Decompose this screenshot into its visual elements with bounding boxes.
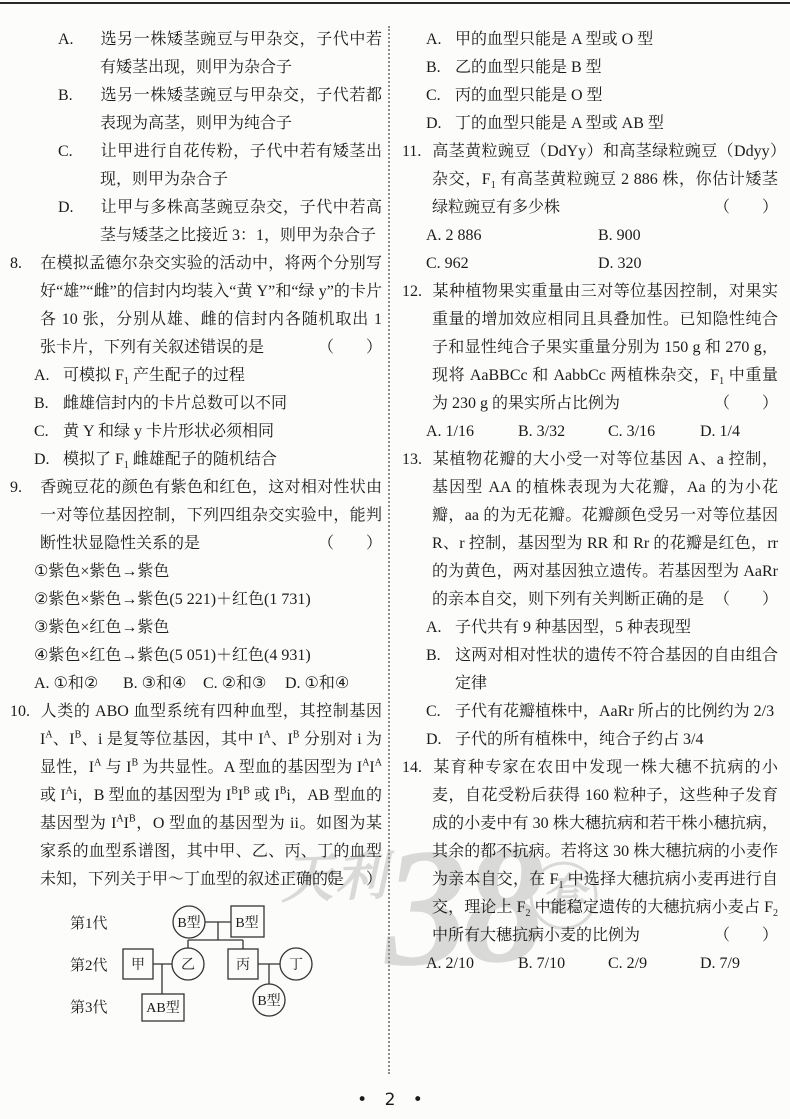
left-column: A.选另一株矮茎豌豆与甲杂交，子代中若有矮茎出现，则甲为杂合子 B.选另一株矮茎…: [10, 26, 382, 1026]
option-label: C.: [426, 698, 455, 726]
question-number: 9.: [10, 474, 40, 502]
gen1-label: 第1代: [70, 915, 108, 932]
q12-answer-row: A. 1/16 B. 3/32 C. 3/16 D. 1/4: [426, 418, 778, 446]
right-column: A.甲的血型只能是 A 型或 O 型 B.乙的血型只能是 B 型 C.丙的血型只…: [402, 26, 778, 978]
q12-answer-d: D. 1/4: [700, 418, 778, 446]
question-11-stem: 11.高茎黄粒豌豆（DdYy）和高茎绿粒豌豆（Ddyy）杂交，F1 有高茎黄粒豌…: [402, 138, 778, 222]
option-text: 丙的血型只能是 O 型: [455, 87, 603, 104]
q11-answer-row-2: C. 962 D. 320: [426, 250, 778, 278]
option-text: 子代共有 9 种基因型，5 种表现型: [455, 619, 691, 636]
answer-bracket: （ ）: [744, 194, 778, 222]
column-divider: [388, 26, 390, 1074]
option-label: C.: [58, 138, 100, 166]
gen2-bing-text: 丙: [236, 957, 250, 973]
gen1-male-text: B型: [235, 914, 258, 931]
q8-option-c: C.黄 Y 和绿 y 卡片形状必须相同: [34, 418, 382, 446]
question-13-stem: 13.某植物花瓣的大小受一对等位基因 A、a 控制，基因型 AA 的植株表现为大…: [402, 446, 778, 614]
option-text: 甲的血型只能是 A 型或 O 型: [455, 31, 653, 48]
q10-option-d: D.丁的血型只能是 A 型或 AB 型: [426, 110, 778, 138]
q14-answer-d: D. 7/9: [700, 950, 778, 978]
q9-answer-a: A. ①和②: [34, 670, 123, 698]
option-label: A.: [426, 26, 455, 54]
pedigree-connectors: [153, 922, 280, 994]
question-9-stem: 9.香豌豆花的颜色有紫色和红色，这对相对性状由一对等位基因控制，下列四组杂交实验…: [10, 474, 382, 558]
question-number: 10.: [10, 698, 40, 726]
q9-cross-1: ①紫色×紫色→紫色: [34, 558, 382, 586]
question-number: 8.: [10, 250, 40, 278]
q9-answer-c: C. ②和③: [203, 670, 285, 698]
q11-answer-row-1: A. 2 886 B. 900: [426, 222, 778, 250]
question-14-stem: 14.某育种专家在农田中发现一株大穗不抗病的小麦，自花受粉后获得 160 粒种子…: [402, 754, 778, 950]
gen3-ab-text: AB型: [146, 999, 179, 1016]
q14-answer-c: C. 2/9: [608, 950, 700, 978]
option-label: B.: [426, 54, 455, 82]
option-label: C.: [426, 82, 455, 110]
option-label: D.: [34, 446, 63, 474]
page-top-rule: [0, 2, 790, 4]
answer-bracket: （ ）: [744, 390, 778, 418]
option-label: C.: [34, 418, 63, 446]
exam-page: 天利 38 套 A.选另一株矮茎豌豆与甲杂交，子代中若有矮茎出现，则甲为杂合子 …: [0, 0, 790, 1119]
q9-cross-2: ②紫色×紫色→紫色(5 221)＋红色(1 731): [34, 586, 382, 614]
option-label: A.: [34, 362, 63, 390]
q7-option-a: A.选另一株矮茎豌豆与甲杂交，子代中若有矮茎出现，则甲为杂合子: [58, 26, 382, 82]
q7-option-d: D.让甲与多株高茎豌豆杂交，子代中若高茎与矮茎之比接近 3：1，则甲为杂合子: [58, 194, 382, 250]
q11-answer-b: B. 900: [598, 222, 778, 250]
gen1-female-text: B型: [177, 914, 200, 931]
question-10-stem: 10.人类的 ABO 血型系统有四种血型，其控制基因 IA、IB、i 是复等位基…: [10, 698, 382, 894]
q7-option-c: C.让甲进行自花传粉，子代中若有矮茎出现，则甲为杂合子: [58, 138, 382, 194]
q9-answer-d: D. ①和④: [285, 670, 382, 698]
q14-answer-a: A. 2/10: [426, 950, 518, 978]
q9-answer-b: B. ③和④: [123, 670, 203, 698]
answer-bracket: （ ）: [744, 586, 778, 614]
question-8-stem: 8.在模拟孟德尔杂交实验的活动中，将两个分别写好“雄”“雌”的信封内均装入“黄 …: [10, 250, 382, 362]
option-label: B.: [426, 642, 455, 670]
pedigree-figure: 第1代 第2代 第3代 B型 B型 甲 乙 丙 丁: [56, 902, 382, 1026]
option-text: 选另一株矮茎豌豆与甲杂交，子代中若有矮茎出现，则甲为杂合子: [100, 31, 382, 76]
answer-bracket: （ ）: [348, 334, 382, 362]
stem-text: 某植物花瓣的大小受一对等位基因 A、a 控制，基因型 AA 的植株表现为大花瓣，…: [432, 451, 778, 608]
gen2-ding-text: 丁: [289, 957, 303, 973]
option-text: 丁的血型只能是 A 型或 AB 型: [455, 115, 664, 132]
q9-cross-4: ④紫色×红色→紫色(5 051)＋红色(4 931): [34, 642, 382, 670]
q11-answer-c: C. 962: [426, 250, 598, 278]
q8-option-b: B.雌雄信封内的卡片总数可以不同: [34, 390, 382, 418]
option-label: D.: [426, 110, 455, 138]
option-text: 让甲进行自花传粉，子代中若有矮茎出现，则甲为杂合子: [100, 143, 382, 188]
answer-bracket: （ ）: [348, 866, 382, 894]
q9-answer-row: A. ①和② B. ③和④ C. ②和③ D. ①和④: [34, 670, 382, 698]
q13-option-a: A.子代共有 9 种基因型，5 种表现型: [426, 614, 778, 642]
stem-text: 某育种专家在农田中发现一株大穗不抗病的小麦，自花受粉后获得 160 粒种子，这些…: [432, 759, 778, 944]
q12-answer-b: B. 3/32: [518, 418, 608, 446]
q8-option-a: A.可模拟 F1 产生配子的过程: [34, 362, 382, 390]
option-text: 可模拟 F1 产生配子的过程: [63, 367, 245, 384]
option-label: A.: [426, 614, 455, 642]
option-text: 模拟了 F1 雌雄配子的随机结合: [63, 451, 277, 468]
option-label: B.: [34, 390, 63, 418]
option-label: B.: [58, 82, 100, 110]
q7-option-b: B.选另一株矮茎豌豆与甲杂交，子代若都表现为高茎，则甲为纯合子: [58, 82, 382, 138]
option-text: 雌雄信封内的卡片总数可以不同: [63, 395, 287, 412]
gen3-b-text: B型: [257, 992, 280, 1009]
option-text: 子代的所有植株中，纯合子约占 3/4: [455, 731, 703, 748]
q14-answer-row: A. 2/10 B. 7/10 C. 2/9 D. 7/9: [426, 950, 778, 978]
q8-option-d: D.模拟了 F1 雌雄配子的随机结合: [34, 446, 382, 474]
q13-option-c: C.子代有花瓣植株中，AaRr 所占的比例约为 2/3: [426, 698, 778, 726]
q12-answer-c: C. 3/16: [608, 418, 700, 446]
option-label: D.: [58, 194, 100, 222]
option-text: 乙的血型只能是 B 型: [455, 59, 602, 76]
gen3-label: 第3代: [70, 999, 108, 1016]
option-text: 子代有花瓣植株中，AaRr 所占的比例约为 2/3: [455, 703, 774, 720]
q9-cross-3: ③紫色×红色→紫色: [34, 614, 382, 642]
q14-answer-b: B. 7/10: [518, 950, 608, 978]
option-text: 选另一株矮茎豌豆与甲杂交，子代若都表现为高茎，则甲为纯合子: [100, 87, 382, 132]
q10-option-a: A.甲的血型只能是 A 型或 O 型: [426, 26, 778, 54]
page-number: • 2 •: [330, 1086, 450, 1114]
stem-text: 人类的 ABO 血型系统有四种血型，其控制基因 IA、IB、i 是复等位基因，其…: [40, 703, 382, 888]
gen2-jia-text: 甲: [131, 957, 145, 973]
option-text: 让甲与多株高茎豌豆杂交，子代中若高茎与矮茎之比接近 3：1，则甲为杂合子: [100, 199, 382, 244]
gen2-label: 第2代: [70, 957, 108, 974]
q11-answer-a: A. 2 886: [426, 222, 598, 250]
option-label: D.: [426, 726, 455, 754]
question-number: 14.: [402, 754, 432, 782]
option-text: 黄 Y 和绿 y 卡片形状必须相同: [63, 423, 274, 440]
q13-option-b: B.这两对相对性状的遗传不符合基因的自由组合定律: [426, 642, 778, 698]
answer-bracket: （ ）: [744, 922, 778, 950]
q10-option-b: B.乙的血型只能是 B 型: [426, 54, 778, 82]
option-label: A.: [58, 26, 100, 54]
pedigree-chart: 第1代 第2代 第3代 B型 B型 甲 乙 丙 丁: [56, 902, 356, 1026]
question-number: 11.: [402, 138, 432, 166]
option-text: 这两对相对性状的遗传不符合基因的自由组合定律: [455, 647, 778, 692]
question-12-stem: 12.某种植物果实重量由三对等位基因控制，对果实重量的增加效应相同且具叠加性。已…: [402, 278, 778, 418]
q11-answer-d: D. 320: [598, 250, 778, 278]
q13-option-d: D.子代的所有植株中，纯合子约占 3/4: [426, 726, 778, 754]
question-number: 12.: [402, 278, 432, 306]
q12-answer-a: A. 1/16: [426, 418, 518, 446]
gen2-yi-text: 乙: [181, 958, 195, 973]
question-number: 13.: [402, 446, 432, 474]
answer-bracket: （ ）: [348, 530, 382, 558]
q10-option-c: C.丙的血型只能是 O 型: [426, 82, 778, 110]
